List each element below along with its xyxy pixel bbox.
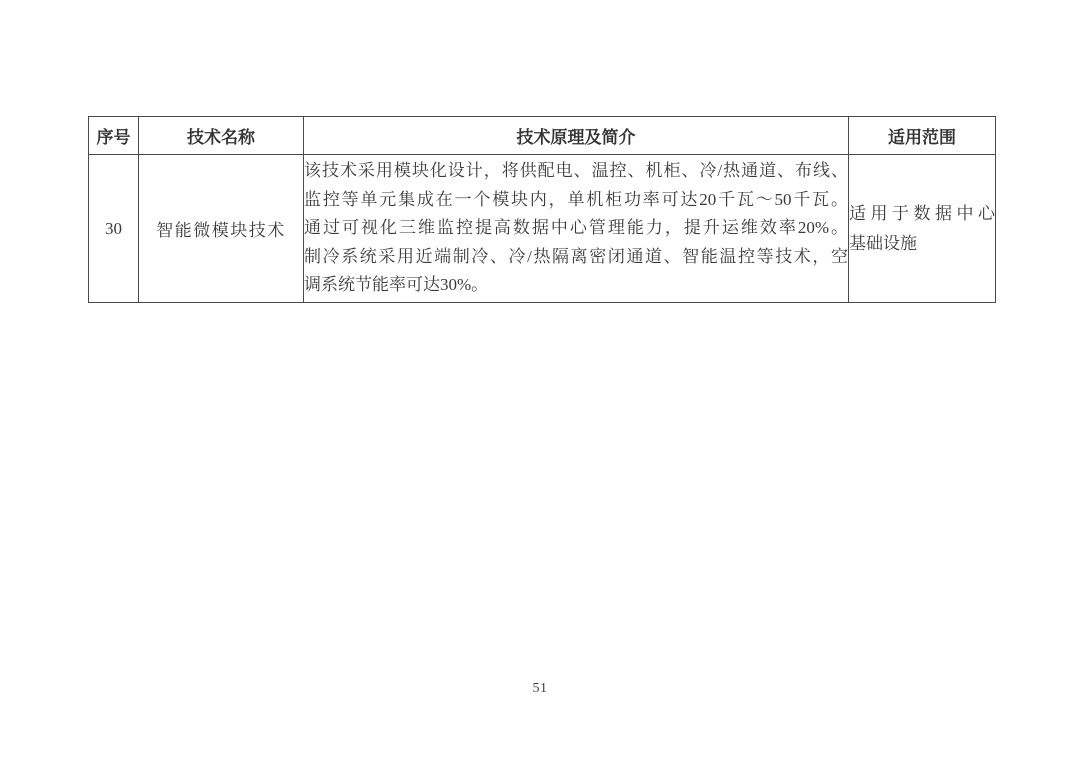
- description-line: 该技术采用模块化设计，将供配电、温控、机柜、冷/热通道、布线、: [304, 157, 848, 185]
- header-applicable-scope: 适用范围: [849, 117, 996, 155]
- cell-description: 该技术采用模块化设计，将供配电、温控、机柜、冷/热通道、布线、 监控等单元集成在…: [304, 155, 849, 303]
- header-principle-intro: 技术原理及简介: [304, 117, 849, 155]
- technology-table: 序号 技术名称 技术原理及简介 适用范围 30 智能微模块技术 该技术采用模块化…: [88, 116, 996, 303]
- header-technology-name: 技术名称: [139, 117, 304, 155]
- page-number: 51: [0, 681, 1080, 697]
- description-line: 调系统节能率可达30%。: [304, 271, 848, 299]
- table-header-row: 序号 技术名称 技术原理及简介 适用范围: [89, 117, 996, 155]
- description-line: 通过可视化三维监控提高数据中心管理能力，提升运维效率20%。: [304, 214, 848, 242]
- header-serial-number: 序号: [89, 117, 139, 155]
- scope-line: 基础设施: [849, 229, 995, 259]
- table-row: 30 智能微模块技术 该技术采用模块化设计，将供配电、温控、机柜、冷/热通道、布…: [89, 155, 996, 303]
- scope-line: 适用于数据中心: [849, 199, 995, 229]
- description-line: 制冷系统采用近端制冷、冷/热隔离密闭通道、智能温控等技术，空: [304, 243, 848, 271]
- document-page: 序号 技术名称 技术原理及简介 适用范围 30 智能微模块技术 该技术采用模块化…: [0, 0, 1080, 764]
- cell-serial-number: 30: [89, 155, 139, 303]
- cell-technology-name: 智能微模块技术: [139, 155, 304, 303]
- cell-applicable-scope: 适用于数据中心 基础设施: [849, 155, 996, 303]
- description-line: 监控等单元集成在一个模块内，单机柜功率可达20千瓦～50千瓦。: [304, 186, 848, 214]
